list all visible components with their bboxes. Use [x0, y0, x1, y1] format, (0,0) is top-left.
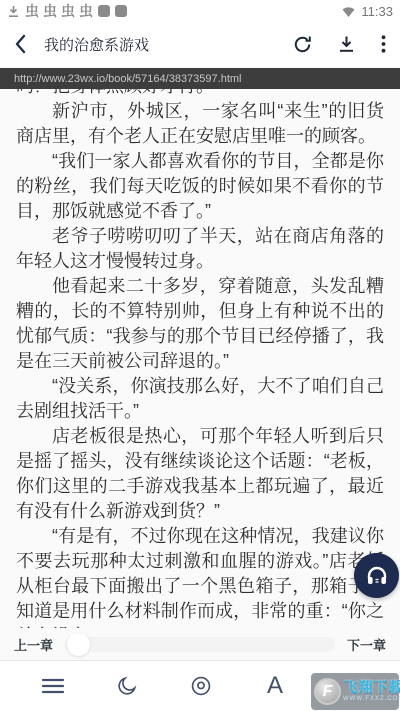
app-notification-icon: 虫 — [43, 4, 57, 18]
page-text: 吗？把身体照顾好才行。新沪市，外城区，一家名叫“来生”的旧货商店里，有个老人正在… — [0, 66, 400, 628]
contents-menu-button[interactable] — [16, 677, 90, 695]
overflow-menu-button[interactable] — [381, 35, 386, 53]
status-bar: 虫虫虫虫 11:33 — [0, 0, 400, 22]
novel-paragraph: 店老板很是热心，可那个年轻人听到后只是摇了摇头，没有继续谈论这个话题：“老板，你… — [16, 424, 384, 524]
notification-square-icon — [115, 5, 127, 17]
chevron-left-icon — [14, 34, 26, 54]
slider-thumb[interactable] — [67, 633, 90, 656]
novel-paragraph: “没关系，你演技那么好，大不了咱们自己去剧组找活干。” — [16, 374, 384, 424]
novel-paragraph: 老爷子唠唠叨叨了半天，站在商店角落的年轻人这才慢慢转过身。 — [16, 224, 384, 274]
app-notification-icon: 虫 — [79, 4, 93, 18]
watermark-title: 飞翔下载 — [344, 680, 400, 695]
download-page-button[interactable] — [338, 35, 355, 53]
download-icon — [338, 35, 355, 53]
concentric-circle-icon — [190, 675, 212, 697]
app-notification-icon: 虫 — [25, 4, 39, 18]
refresh-icon — [293, 35, 312, 54]
watermark-site: WWW.FXXZ.COM — [343, 695, 400, 703]
novel-paragraph: 他看起来二十多岁，穿着随意，头发乱糟糟的，长的不算特别帅，但身上有种说不出的忧郁… — [16, 274, 384, 374]
novel-paragraph: 新沪市，外城区，一家名叫“来生”的旧货商店里，有个老人正在安慰店里唯一的顾客。 — [16, 99, 384, 149]
browser-nav-bar: 我的治愈系游戏 — [0, 22, 400, 66]
page-title: 我的治愈系游戏 — [44, 34, 149, 55]
novel-paragraph: “我们一家人都喜欢看你的节目，全都是你的粉丝，我们每天吃饭的时候如果不看你的节目… — [16, 149, 384, 224]
novel-paragraph: “有是有，不过你现在这种情况，我建议你不要去玩那种太过刺激和血腥的游戏。”店老板… — [16, 524, 384, 628]
reading-mode-button[interactable] — [164, 675, 238, 697]
wifi-icon — [341, 5, 356, 18]
download-complete-icon — [7, 5, 20, 18]
reader-content[interactable]: 吗？把身体照顾好才行。新沪市，外城区，一家名叫“来生”的旧货商店里，有个老人正在… — [0, 66, 400, 628]
headphones-icon — [365, 564, 389, 588]
fxxz-logo-icon: F — [314, 678, 341, 705]
back-button[interactable] — [14, 34, 26, 54]
fxxz-watermark: F 飞翔下载 WWW.FXXZ.COM — [311, 673, 399, 710]
font-settings-button[interactable]: A — [238, 672, 312, 700]
url-text: http://www.23wx.io/book/57164/38373597.h… — [14, 73, 241, 85]
hamburger-menu-icon — [41, 677, 65, 695]
crescent-moon-icon — [116, 675, 138, 697]
url-bar[interactable]: http://www.23wx.io/book/57164/38373597.h… — [0, 68, 400, 89]
listen-audio-fab[interactable] — [354, 553, 399, 598]
app-notification-icon: 虫 — [61, 4, 75, 18]
night-mode-button[interactable] — [90, 675, 164, 697]
status-clock: 11:33 — [361, 4, 393, 19]
chapter-nav-row: 上一章 下一章 — [0, 628, 400, 660]
status-notification-icons: 虫虫虫虫 — [7, 4, 127, 18]
refresh-button[interactable] — [293, 35, 312, 54]
status-app-icons: 虫虫虫虫 — [25, 4, 93, 18]
kebab-menu-icon — [381, 35, 386, 53]
prev-chapter-button[interactable]: 上一章 — [14, 635, 53, 654]
next-chapter-button[interactable]: 下一章 — [347, 635, 386, 654]
phone-screen: 虫虫虫虫 11:33 我的治愈系游戏 — [0, 0, 400, 711]
notification-square-icon — [98, 5, 110, 17]
reading-progress-slider[interactable] — [65, 637, 335, 652]
